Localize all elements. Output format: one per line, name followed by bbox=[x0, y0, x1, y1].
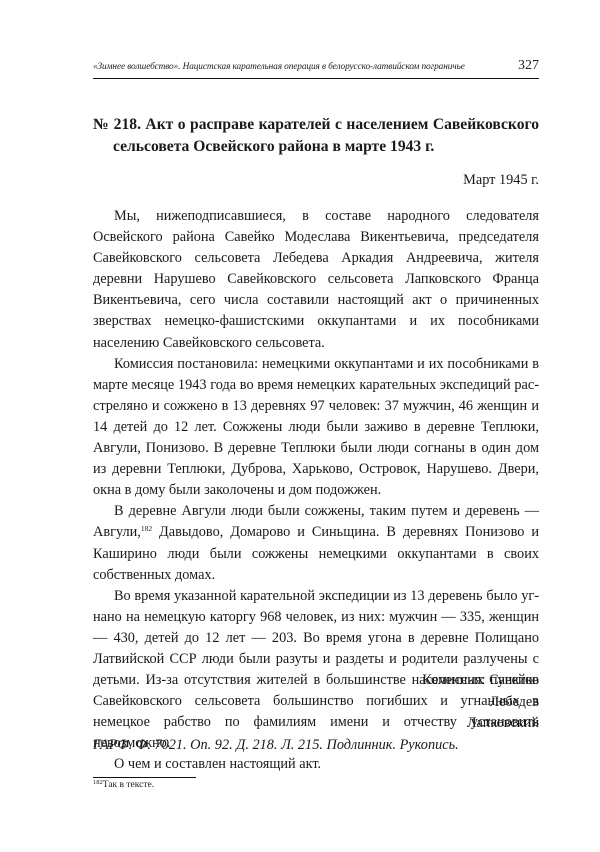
paragraph: В деревне Авгули люди были сожжены, таки… bbox=[93, 501, 539, 585]
running-header: «Зимнее волшебство». Нацистская каратель… bbox=[93, 60, 539, 79]
signature-line: Лебедев bbox=[422, 692, 539, 714]
footnote: 182Так в тексте. bbox=[93, 780, 154, 790]
footnote-text: Так в тексте. bbox=[103, 780, 154, 790]
paragraph: Мы, нижеподписавшиеся, в составе народно… bbox=[93, 206, 539, 354]
paragraph: О чем и составлен настоящий акт. bbox=[93, 754, 539, 775]
footnote-divider bbox=[93, 777, 196, 778]
footnote-reference[interactable]: 182 bbox=[141, 524, 152, 533]
page-number: 327 bbox=[518, 58, 539, 74]
document-title: № 218. Акт о расправе карателей с населе… bbox=[93, 114, 539, 158]
paragraph: Комиссия постановила: немецкими оккупант… bbox=[93, 354, 539, 502]
paragraph-text: Давыдово, Домарово и Синьщина. В деревня… bbox=[93, 524, 539, 582]
signatures: Комиссия: Савейко Лебедев Лапковский bbox=[422, 670, 539, 735]
archive-reference: ГАРФ. Ф. 7021. Оп. 92. Д. 218. Л. 215. П… bbox=[93, 737, 459, 754]
document-date: Март 1945 г. bbox=[463, 172, 539, 189]
signature-line: Комиссия: Савейко bbox=[422, 670, 539, 692]
footnote-number: 182 bbox=[93, 779, 103, 786]
running-title: «Зимнее волшебство». Нацистская каратель… bbox=[93, 62, 465, 72]
signature-line: Лапковский bbox=[422, 713, 539, 735]
